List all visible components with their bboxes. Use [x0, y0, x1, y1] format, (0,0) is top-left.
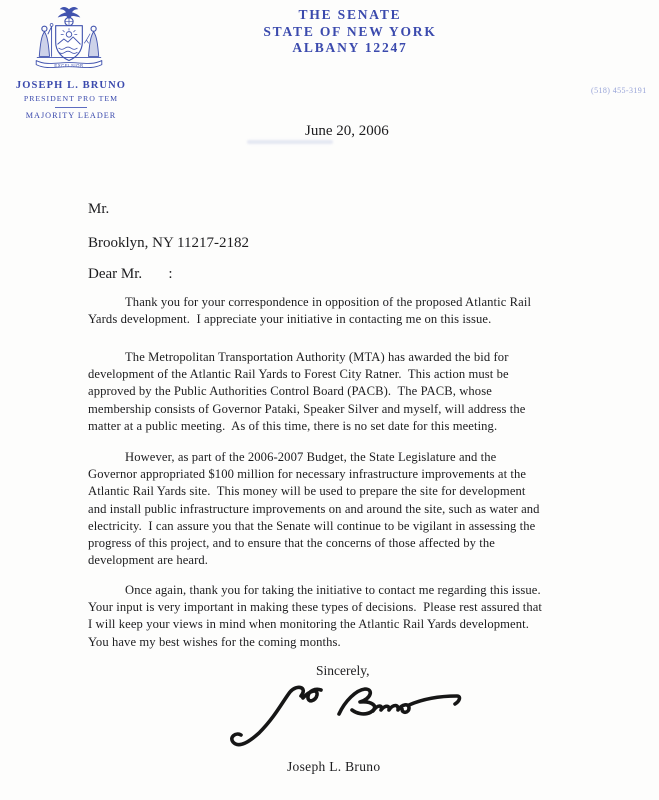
paragraph-line: The Metropolitan Transportation Authorit… — [88, 349, 618, 366]
official-role: MAJORITY LEADER — [12, 111, 130, 120]
official-name: JOSEPH L. BRUNO — [12, 80, 130, 91]
scanned-letter-page: EXCELSIOR THE SENATE STATE OF NEW YORK A… — [0, 0, 659, 800]
paragraph-1: Thank you for your correspondence in opp… — [88, 294, 618, 328]
paragraph-line: Atlantic Rail Yards site. This money wil… — [88, 483, 618, 500]
paragraph-line: electricity. I can assure you that the S… — [88, 518, 618, 535]
seal-motto: EXCELSIOR — [54, 63, 83, 68]
paragraph-line: Once again, thank you for taking the ini… — [88, 582, 618, 599]
paragraph-line: Governor appropriated $100 million for n… — [88, 466, 618, 483]
paragraph-line: and install public infrastructure improv… — [88, 501, 618, 518]
official-block: JOSEPH L. BRUNO PRESIDENT PRO TEM MAJORI… — [12, 80, 130, 120]
paragraph-line: You have my best wishes for the coming m… — [88, 634, 618, 651]
paragraph-line: membership consists of Governor Pataki, … — [88, 401, 618, 418]
eagle-icon — [58, 7, 81, 19]
letterhead-title: THE SENATE STATE OF NEW YORK ALBANY 1224… — [160, 7, 540, 57]
paragraph-line: progress of this project, and to ensure … — [88, 535, 618, 552]
paragraph-line: matter at a public meeting. As of this t… — [88, 418, 618, 435]
paragraph-line: Your input is very important in making t… — [88, 599, 618, 616]
paragraph-line: Yards development. I appreciate your ini… — [88, 311, 618, 328]
letterhead-line-3: ALBANY 12247 — [160, 40, 540, 57]
paragraph-line: development are heard. — [88, 552, 618, 569]
new-york-state-seal-icon: EXCELSIOR — [28, 5, 110, 73]
salutation: Dear Mr. : — [88, 266, 173, 283]
recipient-city-line: Brooklyn, NY 11217-2182 — [88, 235, 249, 252]
letter-date: June 20, 2006 — [305, 123, 389, 140]
scan-artifact — [247, 140, 333, 144]
handwritten-signature — [213, 683, 475, 761]
paragraph-line: However, as part of the 2006-2007 Budget… — [88, 449, 618, 466]
letterhead-line-1: THE SENATE — [160, 7, 540, 24]
letterhead-line-2: STATE OF NEW YORK — [160, 24, 540, 41]
official-title: PRESIDENT PRO TEM — [12, 94, 130, 103]
paragraph-line: I will keep your views in mind when moni… — [88, 616, 618, 633]
phone-number: (518) 455-3191 — [591, 86, 647, 95]
divider — [55, 107, 87, 108]
closing: Sincerely, — [316, 663, 369, 679]
paragraph-2: The Metropolitan Transportation Authorit… — [88, 349, 618, 435]
paragraph-line: Thank you for your correspondence in opp… — [88, 294, 618, 311]
paragraph-4: Once again, thank you for taking the ini… — [88, 582, 618, 651]
paragraph-line: approved by the Public Authorities Contr… — [88, 383, 618, 400]
paragraph-line: development of the Atlantic Rail Yards t… — [88, 366, 618, 383]
paragraph-3: However, as part of the 2006-2007 Budget… — [88, 449, 618, 569]
typed-signature-name: Joseph L. Bruno — [287, 759, 380, 775]
recipient-name-line: Mr. — [88, 201, 109, 218]
